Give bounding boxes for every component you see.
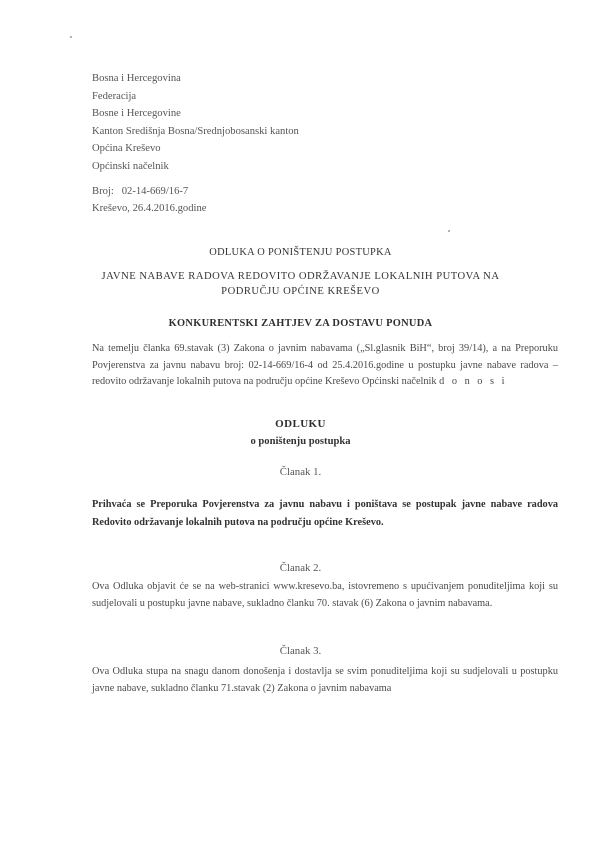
issuer-line: Bosna i Hercegovina	[92, 70, 299, 88]
subtitle-line: PODRUČJU OPĆINE KREŠEVO	[0, 284, 601, 299]
issuer-line: Općina Kreševo	[92, 140, 299, 158]
scan-speck	[70, 36, 72, 38]
scan-speck	[448, 230, 450, 232]
issuer-line: Općinski načelnik	[92, 158, 299, 176]
article-3-heading: Članak 3.	[0, 645, 601, 657]
decision-subheading: o poništenju postupka	[0, 436, 601, 447]
article-3-text: Ova Odluka stupa na snagu danom donošenj…	[92, 664, 558, 697]
issuer-line: Bosne i Hercegovine	[92, 105, 299, 123]
reference-number: Broj: 02-14-669/16-7	[92, 183, 206, 200]
document-title: ODLUKA O PONIŠTENJU POSTUPKA	[0, 247, 601, 258]
document-subtitle: JAVNE NABAVE RADOVA REDOVITO ODRŽAVANJE …	[0, 269, 601, 299]
issuer-block: Bosna i Hercegovina Federacija Bosne i H…	[92, 70, 299, 176]
article-2-heading: Članak 2.	[0, 562, 601, 574]
subtitle-line: JAVNE NABAVE RADOVA REDOVITO ODRŽAVANJE …	[0, 269, 601, 284]
intro-verb: d o n o s i	[439, 376, 507, 387]
intro-paragraph: Na temelju članka 69.stavak (3) Zakona o…	[92, 341, 558, 391]
reference-block: Broj: 02-14-669/16-7 Kreševo, 26.4.2016.…	[92, 183, 206, 217]
issuer-line: Federacija	[92, 88, 299, 106]
place-date: Kreševo, 26.4.2016.godine	[92, 200, 206, 217]
article-1-text: Prihvaća se Preporuka Povjerenstva za ja…	[92, 496, 558, 531]
procedure-type: KONKURENTSKI ZAHTJEV ZA DOSTAVU PONUDA	[0, 318, 601, 329]
issuer-line: Kanton Središnja Bosna/Srednjobosanski k…	[92, 123, 299, 141]
decision-heading: ODLUKU	[0, 418, 601, 430]
article-1-heading: Članak 1.	[0, 466, 601, 478]
article-2-text: Ova Odluka objavit će se na web-stranici…	[92, 579, 558, 612]
